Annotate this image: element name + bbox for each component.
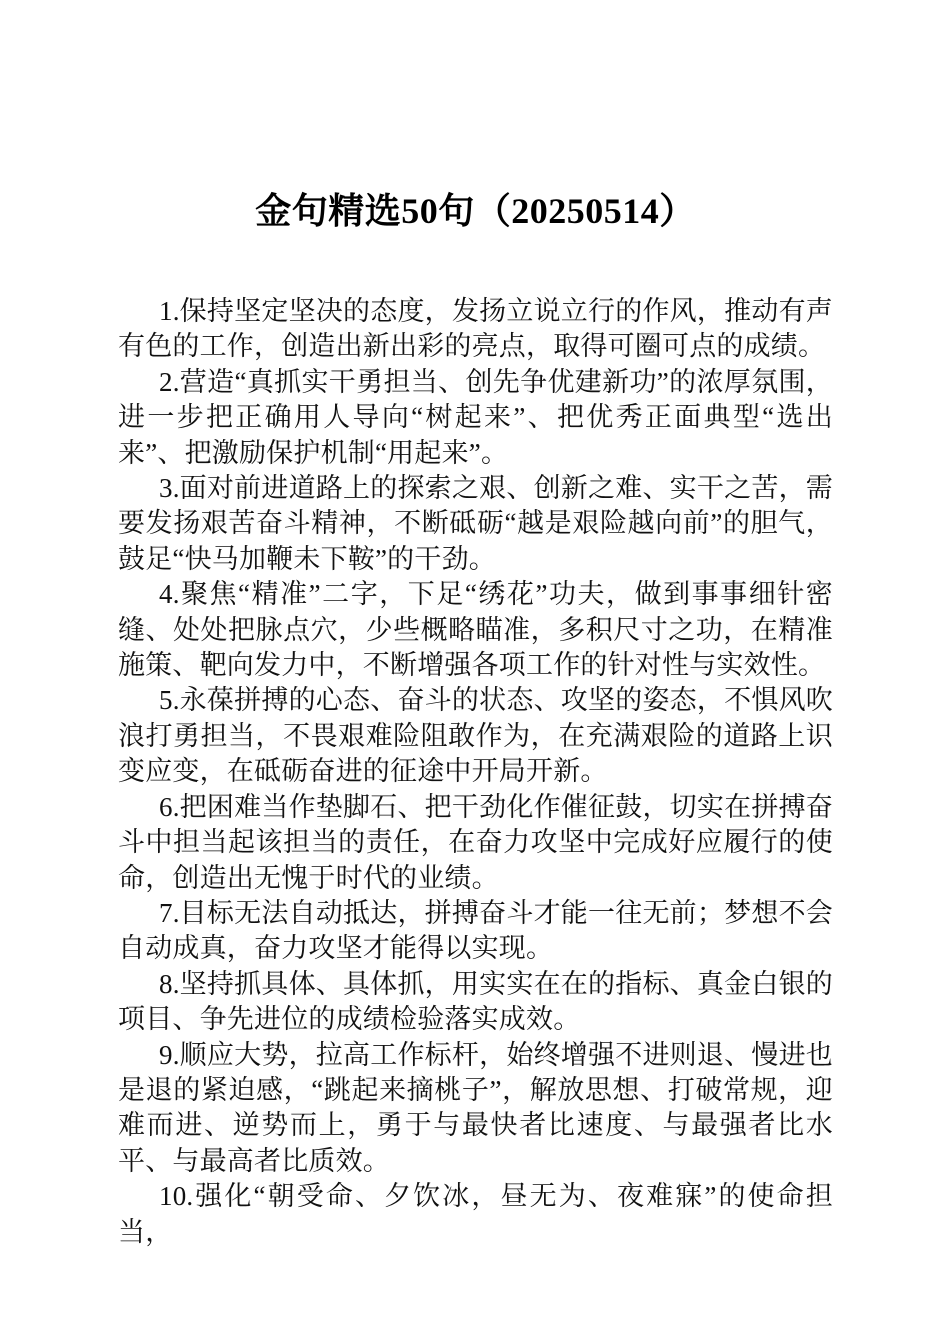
paragraph: 5.永葆拼搏的心态、奋斗的状态、攻坚的姿态，不惧风吹浪打勇担当，不畏艰难险阻敢作… bbox=[118, 683, 833, 789]
paragraph: 9.顺应大势，拉高工作标杆，始终增强不进则退、慢进也是退的紧迫感，“跳起来摘桃子… bbox=[118, 1038, 833, 1180]
paragraph: 4.聚焦“精准”二字，下足“绣花”功夫，做到事事细针密缝、处处把脉点穴，少些概略… bbox=[118, 577, 833, 683]
document-body: 1.保持坚定坚决的态度，发扬立说立行的作风，推动有声有色的工作，创造出新出彩的亮… bbox=[118, 294, 833, 1250]
paragraph: 8.坚持抓具体、具体抓，用实实在在的指标、真金白银的项目、争先进位的成绩检验落实… bbox=[118, 967, 833, 1038]
paragraph: 3.面对前进道路上的探索之艰、创新之难、实干之苦，需要发扬艰苦奋斗精神，不断砥砺… bbox=[118, 471, 833, 577]
paragraph: 10.强化“朝受命、夕饮冰，昼无为、夜难寐”的使命担当， bbox=[118, 1179, 833, 1250]
paragraph: 2.营造“真抓实干勇担当、创先争优建新功”的浓厚氛围，进一步把正确用人导向“树起… bbox=[118, 365, 833, 471]
paragraph: 7.目标无法自动抵达，拼搏奋斗才能一往无前；梦想不会自动成真，奋力攻坚才能得以实… bbox=[118, 896, 833, 967]
document-page: 金句精选50句（20250514） 1.保持坚定坚决的态度，发扬立说立行的作风，… bbox=[0, 0, 950, 1344]
paragraph: 1.保持坚定坚决的态度，发扬立说立行的作风，推动有声有色的工作，创造出新出彩的亮… bbox=[118, 294, 833, 365]
paragraph: 6.把困难当作垫脚石、把干劲化作催征鼓，切实在拼搏奋斗中担当起该担当的责任，在奋… bbox=[118, 790, 833, 896]
document-title: 金句精选50句（20250514） bbox=[118, 188, 833, 234]
